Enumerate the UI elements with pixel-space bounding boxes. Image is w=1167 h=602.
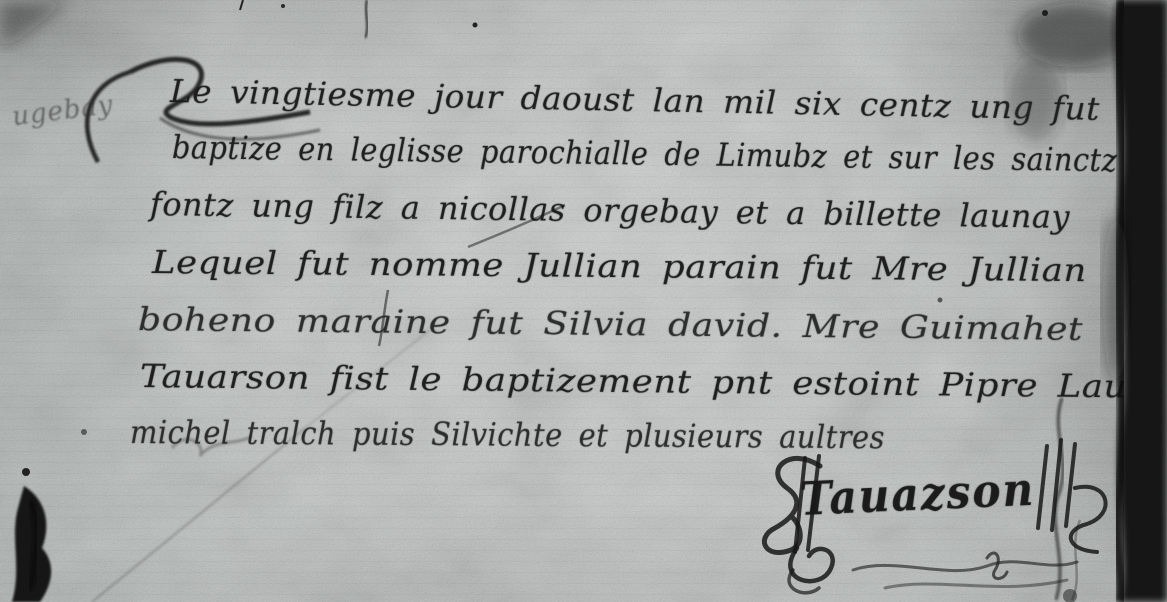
ink-speck xyxy=(281,4,285,8)
crack-line xyxy=(240,0,243,10)
manuscript-line: Lequel fut nomme Jullian parain fut Mre … xyxy=(152,245,1087,288)
crease-line xyxy=(92,428,305,602)
ink-blot xyxy=(12,429,87,602)
manuscript-line: Le vingtiesme jour daoust lan mil six ce… xyxy=(170,74,1100,127)
margin-scribble xyxy=(1055,398,1080,602)
margin-note: ugebay xyxy=(11,90,116,132)
ink-speck xyxy=(1042,10,1048,16)
manuscript-line: Tauarson fist le baptizement pnt estoint… xyxy=(140,359,1151,405)
manuscript-page: ugebay Le vingtiesme jour daoust lan mil… xyxy=(0,0,1167,602)
signature: Tauazson xyxy=(799,462,1036,526)
ink-speck xyxy=(473,23,478,28)
manuscript-line: michel tralch puis Silvichte et plusieur… xyxy=(130,415,885,455)
crack-line xyxy=(365,0,367,38)
manuscript-line: baptize en leglisse parochialle de Limub… xyxy=(172,130,1118,178)
ink-speck xyxy=(938,298,943,303)
manuscript-line: fontz ung filz a nicollas orgebay et a b… xyxy=(150,187,1070,235)
manuscript-line: boheno maraine fut Silvia david. Mre Gui… xyxy=(138,302,1083,347)
corner-smudge xyxy=(0,0,72,48)
